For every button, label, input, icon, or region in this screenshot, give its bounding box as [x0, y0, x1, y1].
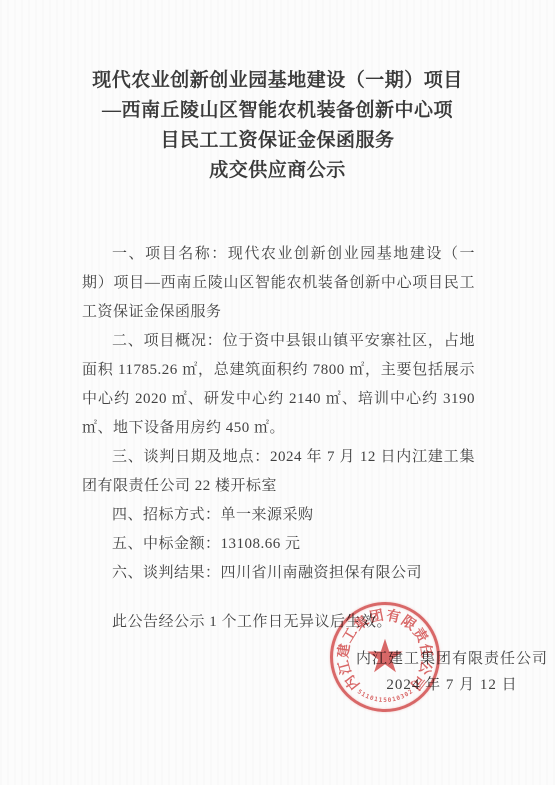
document-page: 现代农业创新创业园基地建设（一期）项目 —西南丘陵山区智能农机装备创新中心项 目… [0, 0, 555, 785]
paragraph-negotiation-result: 六、谈判结果：四川省川南融资担保有限公司 [82, 559, 475, 588]
title-line-2: —西南丘陵山区智能农机装备创新中心项 [40, 96, 515, 126]
title-line-1: 现代农业创新创业园基地建设（一期）项目 [40, 66, 515, 96]
document-title: 现代农业创新创业园基地建设（一期）项目 —西南丘陵山区智能农机装备创新中心项 目… [40, 66, 515, 186]
star-icon: ★ [364, 633, 405, 679]
title-line-4: 成交供应商公示 [40, 156, 515, 186]
paragraph-project-name: 一、项目名称：现代农业创新创业园基地建设（一期）项目—西南丘陵山区智能农机装备创… [82, 240, 475, 327]
company-seal-stamp: ★ 内江建工集团有限责任公司 5110115010302 [330, 602, 440, 712]
signature-block: 内江建工集团有限责任公司 2024 年 7 月 12 日 [0, 646, 548, 698]
paragraph-award-amount: 五、中标金额：13108.66 元 [82, 530, 475, 559]
title-line-3: 目民工工资保证金保函服务 [40, 126, 515, 156]
document-body: 一、项目名称：现代农业创新创业园基地建设（一期）项目—西南丘陵山区智能农机装备创… [82, 240, 475, 588]
paragraph-bidding-method: 四、招标方式：单一来源采购 [82, 501, 475, 530]
paragraph-negotiation-date-location: 三、谈判日期及地点：2024 年 7 月 12 日内江建工集团有限责任公司 22… [82, 443, 475, 501]
paragraph-project-overview: 二、项目概况：位于资中县银山镇平安寨社区，占地面积 11785.26 ㎡，总建筑… [82, 327, 475, 443]
